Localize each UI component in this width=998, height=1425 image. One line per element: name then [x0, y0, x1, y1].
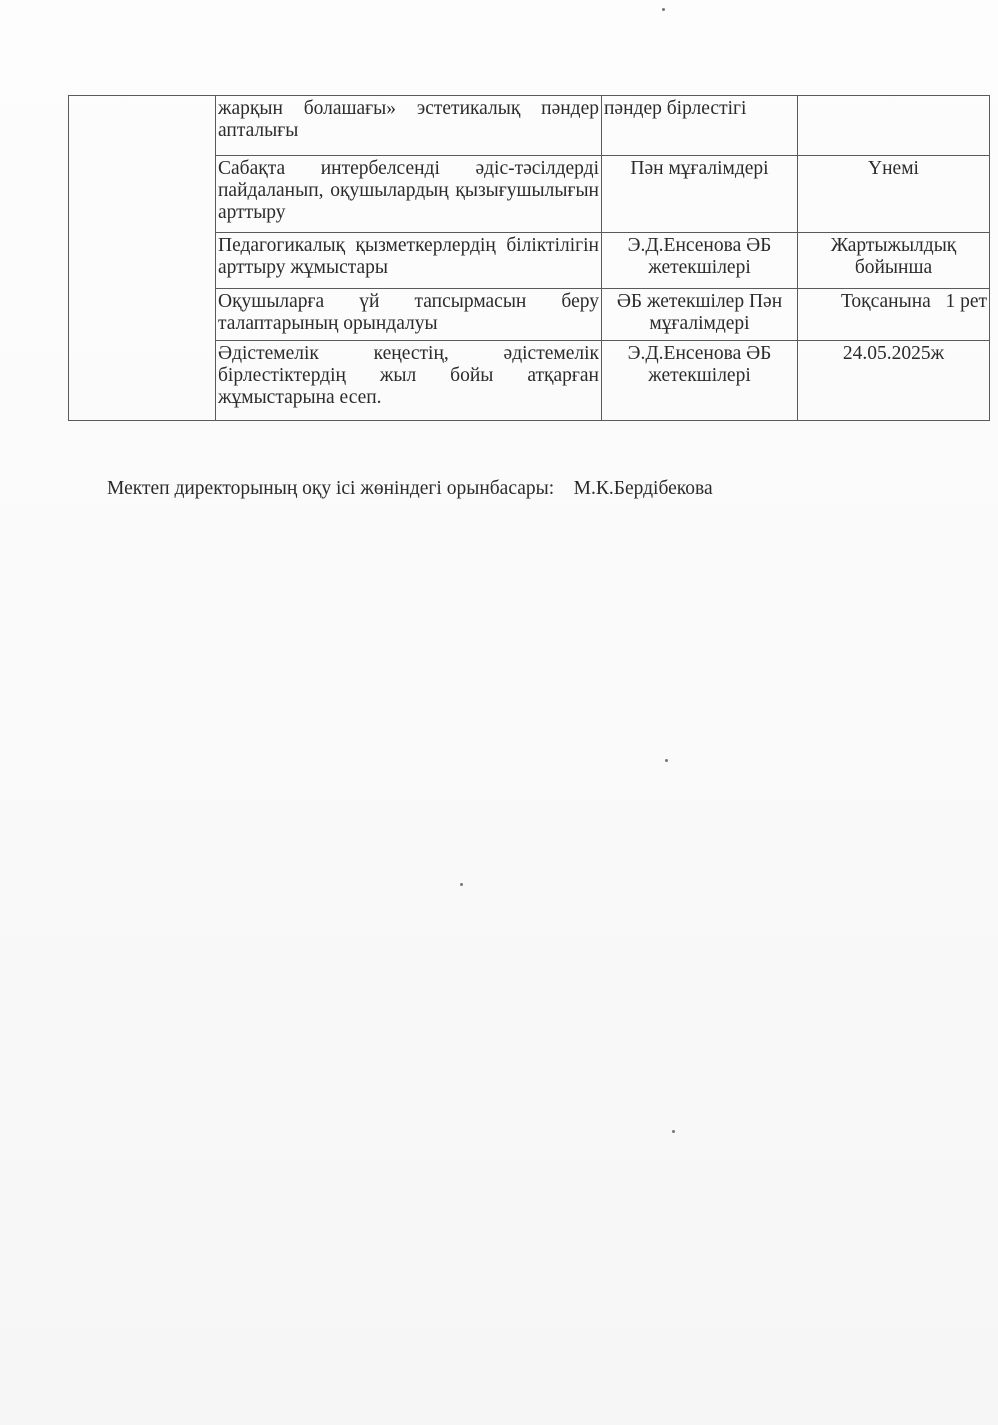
event-cell: жарқын болашағы» эстетикалық пәндер апта… [216, 96, 602, 156]
scan-speck [662, 8, 665, 11]
responsible-cell: ӘБ жетекшілер Пән мұғалімдері [602, 289, 798, 341]
signature-line: Мектеп директорының оқу ісі жөніндегі ор… [107, 478, 713, 500]
merged-number-cell [69, 96, 216, 421]
event-cell: Әдістемелік кеңестің, әдістемелік бірлес… [216, 341, 602, 421]
scanned-page: жарқын болашағы» эстетикалық пәндер апта… [0, 0, 998, 1425]
deadline-cell: Тоқсанына 1 рет [798, 289, 990, 341]
responsible-cell: Э.Д.Енсенова ӘБ жетекшілері [602, 233, 798, 289]
deadline-cell: Үнемі [798, 156, 990, 233]
responsible-cell: Э.Д.Енсенова ӘБ жетекшілері [602, 341, 798, 421]
responsible-cell: Пән мұғалімдері [602, 156, 798, 233]
deadline-cell: Жартыжылдық бойынша [798, 233, 990, 289]
event-cell: Педагогикалық қызметкерлердің біліктіліг… [216, 233, 602, 289]
deadline-cell: 24.05.2025ж [798, 341, 990, 421]
scan-speck [460, 883, 463, 886]
deadline-cell [798, 96, 990, 156]
signatory-position: Мектеп директорының оқу ісі жөніндегі ор… [107, 478, 554, 499]
scan-speck [665, 759, 668, 762]
scan-speck [672, 1130, 675, 1133]
table-row: жарқын болашағы» эстетикалық пәндер апта… [69, 96, 990, 156]
event-cell: Оқушыларға үй тапсырмасын беру талаптары… [216, 289, 602, 341]
responsible-cell: пәндер бірлестігі [602, 96, 798, 156]
signatory-name: М.К.Бердібекова [574, 478, 713, 499]
work-plan-table: жарқын болашағы» эстетикалық пәндер апта… [68, 95, 990, 421]
event-cell: Сабақта интербелсенді әдіс-тәсілдерді па… [216, 156, 602, 233]
